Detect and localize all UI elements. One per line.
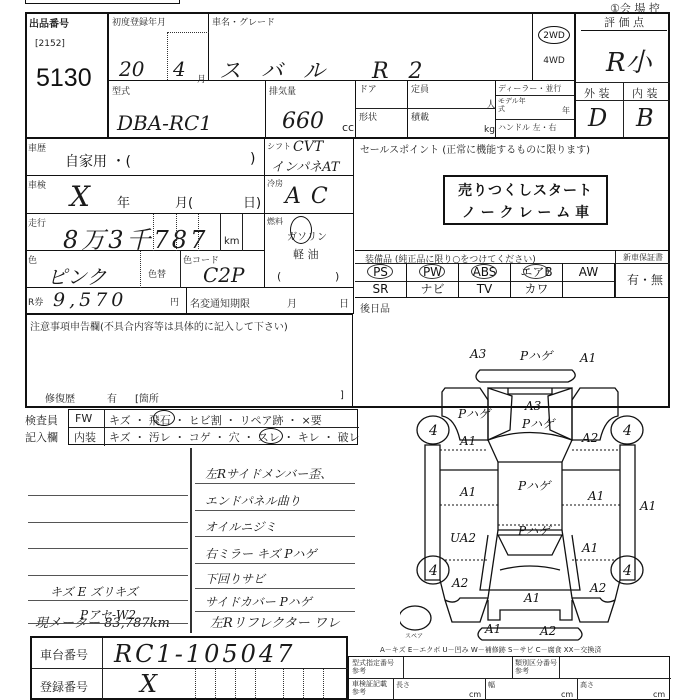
shift-label: シフト	[267, 141, 291, 152]
first-registration-cell: 初度登録年月 20 4 月	[109, 12, 209, 81]
first-registration-year: 20	[119, 57, 144, 81]
damage-mark: Pハゲ	[519, 349, 554, 363]
dealer-cell: ディーラー・並行 モデル年式 年 ハンドル 左・右	[496, 81, 574, 137]
repair-close: ]	[340, 390, 344, 401]
inspection-month-label: 月(	[175, 192, 193, 211]
usage-close: )	[250, 151, 255, 167]
model-value: DBA-RC1	[117, 111, 212, 135]
shift-cell: シフト CVT インパネAT	[265, 139, 353, 176]
capacity-load-cell: 定員 人 積載 kg	[408, 81, 496, 137]
recycle-cell: R券 9,570 円	[25, 288, 187, 314]
inspection-value: X	[70, 180, 90, 213]
dimension-label: 車検証記載 参考	[352, 680, 392, 696]
score-box: 評 価 点 R小 外 装 内 装 D B	[574, 12, 670, 137]
damage-mark: Pハゲ	[517, 479, 552, 493]
displacement-label: 排気量	[269, 84, 296, 97]
fuel-cell: 燃料 ガソリン 軽 油 ( )	[265, 214, 353, 288]
height-unit: cm	[653, 690, 665, 699]
recycle-value: 9,570	[53, 289, 127, 311]
remark-right: 右ミラー キズ Pハゲ	[205, 545, 316, 562]
capacity-label: 定員	[411, 82, 429, 95]
warranty-label: 新車保証書	[623, 252, 663, 263]
remark-right: エンドパネル曲り	[205, 492, 301, 509]
door-label: ドア	[359, 82, 377, 95]
damage-mark: A1	[484, 622, 501, 636]
circle-tobiishi	[153, 410, 175, 426]
exterior-score: D	[588, 104, 607, 132]
score-value: R小	[606, 42, 652, 79]
inspection-day-label: 日)	[243, 192, 261, 211]
sales-stamp: 売りつくしスタート ノ ー ク レ ー ム 車	[443, 175, 608, 225]
car-name-label: 車名・グレード	[212, 15, 275, 28]
handle-label: ハンドル 左・右	[498, 122, 557, 133]
fw-items: キズ ・ 飛石 ・ ヒビ割 ・ リペア跡 ・ ×要	[109, 412, 322, 428]
displacement-unit: cc	[342, 121, 354, 134]
door-shape-cell: ドア 形状	[356, 81, 408, 137]
damage-mark: A2	[581, 431, 598, 445]
car-damage-diagram: A3PハゲA1A3PハゲPハゲA1A244A1PハゲA1A1PハゲUA2A144…	[400, 330, 700, 645]
later-items-label: 後日品	[360, 300, 390, 315]
model-cell: 型式 DBA-RC1	[109, 81, 266, 137]
inspection-year-label: 年	[117, 192, 130, 211]
model-year-label: モデル年式	[498, 97, 528, 113]
damage-mark: A1	[459, 485, 476, 499]
sales-point-cell: セールスポイント (正常に機能するものに限ります) 売りつくしスタート ノ ー …	[355, 139, 670, 251]
name-change-month: 月	[287, 295, 297, 310]
damage-mark: UA2	[450, 531, 476, 545]
chassis-table: 車台番号 登録番号 RC1-105047 X	[30, 636, 348, 700]
ac-label: 冷房	[267, 178, 283, 189]
length-label: 長さ	[396, 680, 410, 690]
mileage-cell: 走行 8万3千787 km	[25, 214, 265, 251]
car-name-cell: 車名・グレード スバル R2	[209, 12, 532, 81]
usage-cell: 車歴 自家用 ・( )	[25, 139, 265, 176]
mileage-value: 8万3千787	[63, 220, 208, 255]
damage-mark: A3	[524, 399, 542, 413]
spare-label: スペア	[405, 633, 423, 640]
chassis-label: 車台番号	[40, 646, 88, 663]
fuel-gasoline: ガソリン	[287, 228, 327, 243]
inspection-label: 車検	[28, 178, 46, 191]
circle-mark	[419, 264, 445, 279]
warranty-value: 有・無	[627, 271, 663, 288]
lot-label: 出品番号	[29, 15, 69, 30]
remark-left: Pアセ-W2.	[80, 606, 140, 623]
equipment-item: カワ	[511, 281, 563, 298]
ac-cell: 冷房 AC	[265, 176, 353, 214]
first-registration-month: 4	[173, 57, 186, 81]
inspector-label-2: 記入欄	[25, 429, 58, 445]
class-number-label: 類別区分番号 参考	[515, 659, 559, 675]
model-label: 型式	[112, 84, 130, 97]
lot-number: 5130	[36, 64, 92, 93]
mileage-label: 走行	[28, 216, 46, 229]
width-unit: cm	[561, 690, 573, 699]
remark-right: オイルニジミ	[205, 518, 276, 535]
drive-2wd-circled: 2WD	[538, 26, 570, 44]
damage-mark: A2	[451, 576, 468, 590]
damage-mark: Pハゲ	[521, 417, 556, 431]
damage-mark: A2	[539, 624, 556, 638]
dealer-label: ディーラー・並行	[498, 83, 561, 94]
equipment-item	[563, 281, 615, 298]
meter-note-right: 左Rリフレクター ワレ	[210, 612, 340, 631]
notes-label: 注意事項申告欄(不具合内容等は具体的に記入して下さい)	[30, 318, 288, 333]
inspector-label-1: 検査員	[25, 412, 58, 428]
color-label: 色	[28, 253, 37, 266]
width-label: 幅	[488, 680, 495, 690]
load-label: 積載	[411, 110, 429, 123]
damage-mark: Pハゲ	[457, 407, 492, 421]
registration-value: X	[140, 670, 157, 698]
usage-value: 自家用 ・(	[65, 151, 131, 171]
drive-4wd: 4WD	[537, 56, 571, 66]
fw-label: FW	[75, 412, 92, 425]
circle-mark	[367, 264, 393, 279]
usage-label: 車歴	[28, 141, 46, 154]
equipment-item: AW	[563, 263, 615, 281]
chassis-value: RC1-105047	[114, 640, 295, 668]
equipment-item: TV	[459, 281, 511, 298]
first-registration-label: 初度登録年月	[112, 15, 166, 28]
equipment-item: エアB	[511, 263, 563, 281]
color-change-label: 色替	[148, 267, 166, 280]
name-change-label: 名変通知期限	[190, 295, 250, 310]
model-year-unit: 年	[562, 105, 570, 116]
recycle-label: R券	[28, 295, 43, 308]
circle-mark	[523, 264, 549, 279]
interior-score: B	[636, 104, 654, 132]
damage-mark: Pハゲ	[517, 524, 552, 538]
dimension-table: 型式指定番号 参考 類別区分番号 参考 車検証記載 参考 長さ cm 幅 cm …	[348, 656, 670, 700]
exterior-label: 外 装	[584, 85, 610, 101]
equipment-item: ナビ	[407, 281, 459, 298]
damage-legend: A－キズ E－エクボ U－凹み W－補修跡 S－サビ C－腐食 XX－交換済	[380, 645, 601, 655]
damage-mark: A2	[589, 581, 606, 595]
inspector-table: FW 内装 キズ ・ 飛石 ・ ヒビ割 ・ リペア跡 ・ ×要 キズ ・ 汚レ …	[68, 409, 358, 445]
damage-mark: 4	[622, 423, 632, 439]
inspection-cell: 車検 X 年 月( 日)	[25, 176, 265, 214]
damage-mark: A3	[469, 347, 487, 361]
damage-mark: 4	[622, 563, 632, 579]
damage-mark: A1	[581, 541, 598, 555]
lot-sub-number: [2152]	[35, 39, 65, 49]
drive-cell: 2WD 4WD	[532, 12, 574, 81]
remark-left: キズ E ズリキズ	[50, 583, 138, 600]
damage-mark: 4	[428, 423, 438, 439]
equipment-item: PS	[355, 263, 407, 281]
displacement-value: 660	[282, 109, 324, 134]
notes-cell: 注意事項申告欄(不具合内容等は具体的に記入して下さい) 修復歴 有 [箇所 ]	[25, 314, 353, 406]
shift-value: CVT	[293, 139, 323, 155]
shape-label: 形状	[359, 110, 377, 123]
equipment-item: SR	[355, 281, 407, 298]
score-label: 評 価 点	[581, 14, 667, 31]
damage-mark: A1	[639, 499, 656, 513]
circle-sure	[259, 428, 283, 444]
fuel-paren-close: )	[335, 270, 339, 283]
top-strip	[25, 0, 180, 4]
later-items-cell: 後日品	[355, 298, 670, 314]
length-unit: cm	[469, 690, 481, 699]
registration-label: 登録番号	[40, 678, 88, 695]
stamp-line-1: 売りつくしスタート	[445, 180, 606, 200]
repair-location: [箇所	[135, 390, 159, 405]
fuel-paren-open: (	[277, 270, 281, 283]
shift-panel: インパネAT	[271, 156, 339, 175]
interior-items: キズ ・ 汚レ ・ コゲ ・ 穴 ・ スレ ・ キレ ・ 破レ	[109, 429, 360, 445]
repair-value: 有	[107, 390, 117, 405]
recycle-unit: 円	[170, 295, 179, 308]
mileage-unit: km	[224, 236, 240, 247]
displacement-cell: 排気量 660 cc	[266, 81, 356, 137]
equipment-item: PW	[407, 263, 459, 281]
fuel-label: 燃料	[267, 216, 283, 227]
load-unit: kg	[484, 125, 495, 135]
front-bumper-shape	[476, 370, 575, 382]
circle-mark	[471, 264, 497, 279]
remark-right: 下回りサビ	[205, 570, 265, 587]
lot-box: 出品番号 [2152] 5130	[25, 12, 109, 137]
fuel-diesel: 軽 油	[293, 246, 319, 262]
ac-value: AC	[285, 184, 338, 209]
damage-mark: A1	[579, 351, 596, 365]
height-label: 高さ	[580, 680, 594, 690]
interior-inspect-label: 内装	[74, 429, 96, 445]
damage-mark: A1	[587, 489, 604, 503]
damage-mark: 4	[428, 563, 438, 579]
stamp-line-2: ノ ー ク レ ー ム 車	[445, 202, 606, 222]
name-change-day: 日	[339, 295, 349, 310]
type-number-label: 型式指定番号 参考	[352, 659, 402, 675]
sales-point-label: セールスポイント (正常に機能するものに限ります)	[360, 141, 590, 156]
color-value: ピンク	[47, 261, 107, 290]
color-cell: 色 ピンク 色替 色コード C2P	[25, 251, 265, 288]
remark-right: サイドカバー Pハゲ	[205, 593, 312, 610]
equipment-cell: 装備品 (純正品に限り○をつけてください) 新車保証書 有・無 PSPWABSエ…	[355, 251, 670, 298]
damage-mark: A1	[459, 434, 476, 448]
remark-right: 左Rサイドメンバー歪、	[205, 465, 332, 482]
repair-label: 修復歴	[45, 390, 75, 405]
interior-label: 内 装	[632, 85, 658, 101]
equipment-item: ABS	[459, 263, 511, 281]
color-code-value: C2P	[203, 263, 244, 287]
damage-mark: A1	[523, 591, 540, 605]
name-change-cell: 名変通知期限 月 日	[187, 288, 353, 314]
